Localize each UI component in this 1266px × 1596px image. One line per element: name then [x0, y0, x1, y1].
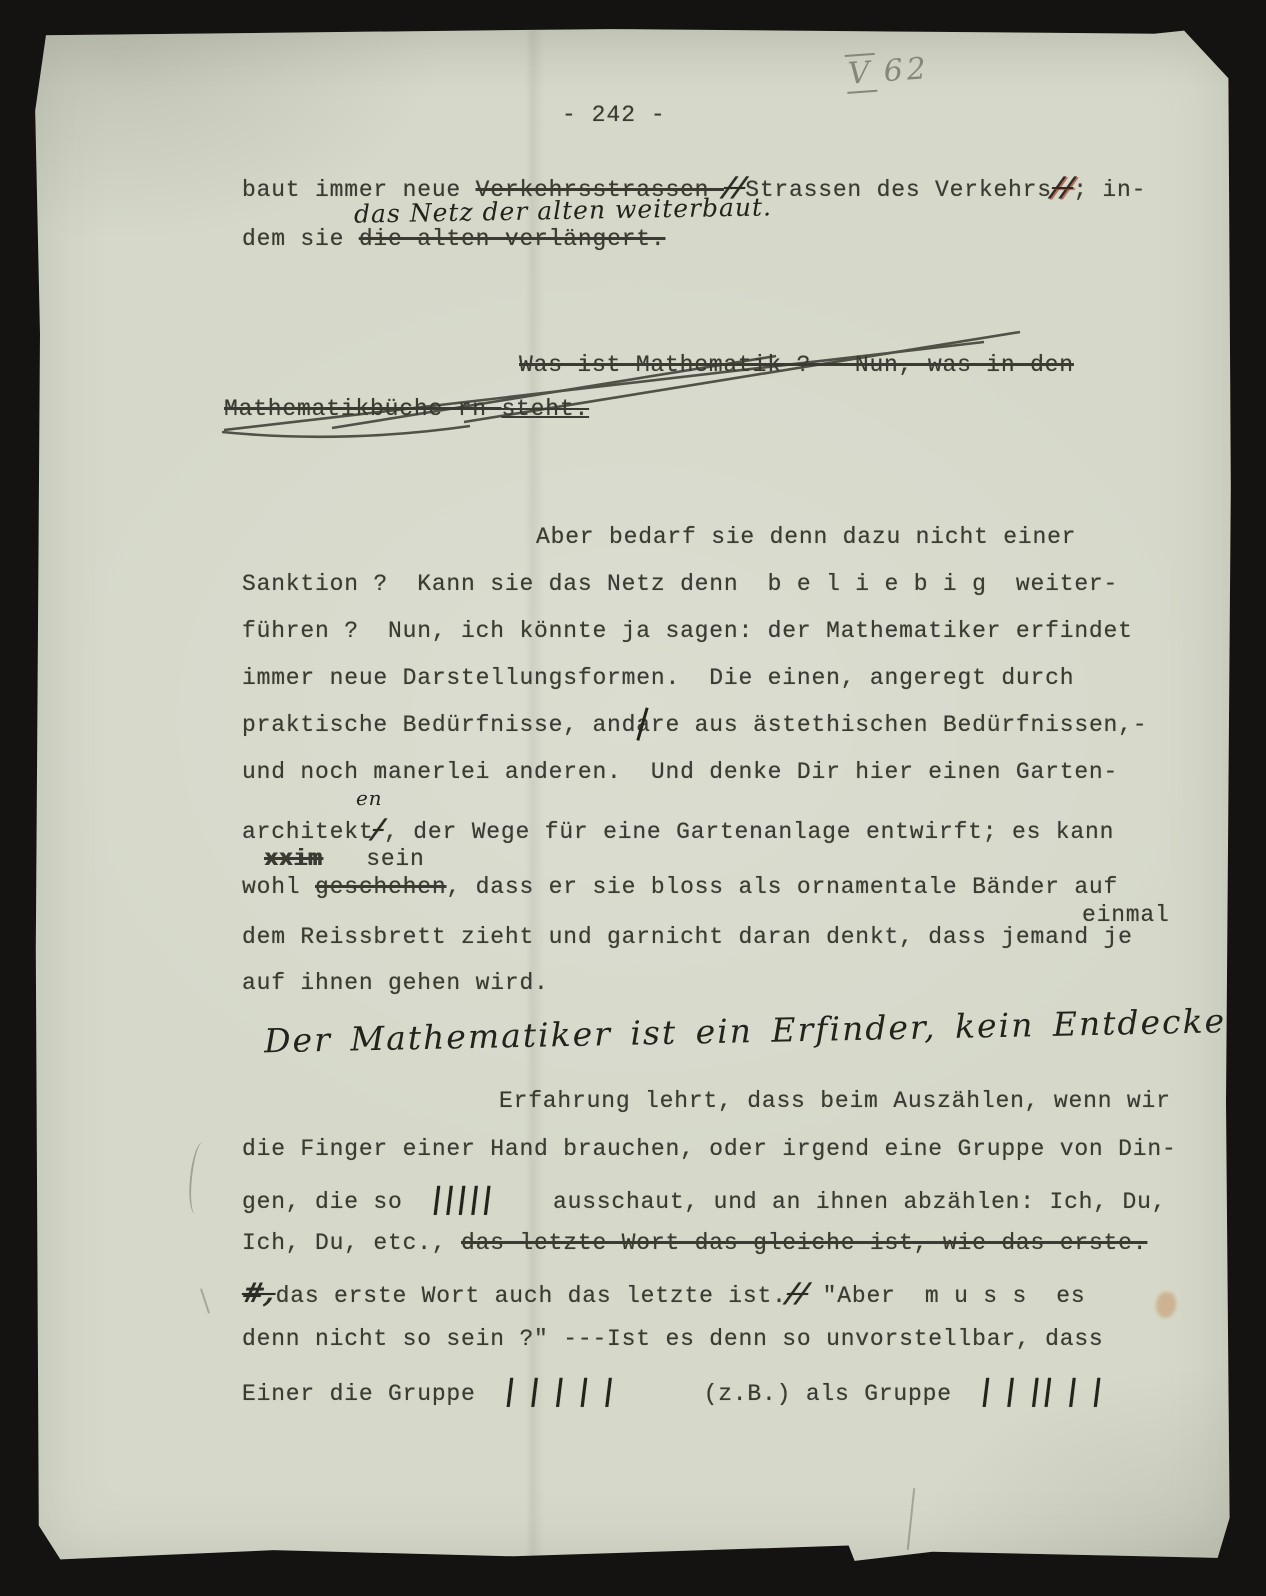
text-segment-plain: dem Reissbrett zieht und garnicht daran … [242, 924, 1133, 950]
text-line-l3: dem sie die alten verlängert. [242, 226, 665, 252]
text-segment-strike-underline: steht. [501, 396, 589, 422]
text-line-l18: Der Mathematiker ist ein Erfinder, kein … [264, 1001, 1253, 1061]
manuscript-page: V62 - 242 - baut immer neue Verkehrsstra… [34, 26, 1232, 1564]
underline-stroke [222, 426, 470, 437]
text-segment-plain: Strassen des Verkehrs [745, 177, 1052, 203]
text-segment-plain: ; in- [1073, 177, 1146, 203]
paper-tear [907, 1488, 915, 1550]
text-line-l14: wohl geschehen, dass er sie bloss als or… [242, 874, 1118, 900]
text-segment-plain: Der Mathematiker ist ein Erfinder, kein … [264, 1001, 1253, 1061]
text-segment-plain: Sanktion ? Kann sie das Netz denn b e l … [242, 571, 1118, 597]
page-number: - 242 - [562, 102, 666, 128]
text-segment-tally: ||||| [430, 1181, 497, 1215]
text-segment-plain: (z.B.) als Gruppe [616, 1381, 981, 1407]
scanned-document-screenshot: { "page": { "archive_mark": { "roman": "… [0, 0, 1266, 1596]
text-segment-plain: gen, die so [242, 1189, 432, 1215]
text-segment-plain: sein [322, 846, 424, 872]
text-line-l6: Aber bedarf sie denn dazu nicht einer [536, 524, 1076, 550]
text-line-l9: immer neue Darstellungsformen. Die einen… [242, 665, 1074, 691]
text-line-l16: dem Reissbrett zieht und garnicht daran … [242, 924, 1133, 950]
text-segment-plain: dem sie [242, 226, 359, 252]
text-segment-plain: ausschaut, und an ihnen abzählen: Ich, D… [495, 1189, 1167, 1215]
text-segment-strike: Was ist Mathematik ?- Nun, was in den [519, 352, 1074, 378]
text-segment-plain: Erfahrung lehrt, dass beim Auszählen, we… [499, 1088, 1171, 1114]
text-line-l25: Einer die Gruppe | | | | | (z.B.) als Gr… [242, 1373, 1105, 1407]
text-segment-plain: wohl [242, 874, 315, 900]
text-segment-plain: auf ihnen gehen wird. [242, 970, 549, 996]
text-segment-strike: Mathematikbüche rn [224, 396, 501, 422]
margin-pencil-mark [186, 1141, 211, 1214]
text-segment-plain: das Netz der alten weiterbaut. [354, 192, 772, 228]
text-line-l22: Ich, Du, etc., das letzte Wort das gleic… [242, 1230, 1147, 1256]
text-segment-strike: geschehen [315, 874, 446, 900]
text-line-l12en: en [356, 786, 382, 810]
archive-mark-pencil: V62 [845, 51, 931, 92]
finger-smudge [1156, 1292, 1176, 1318]
text-segment-plain: en [356, 786, 382, 810]
text-line-l17: auf ihnen gehen wird. [242, 970, 549, 996]
margin-pencil-tick [200, 1288, 210, 1313]
text-segment-plain: praktische Bedürfnisse, and [242, 712, 636, 738]
text-segment-plain: "Aber m u s s es [808, 1283, 1085, 1309]
text-line-l2: das Netz der alten weiterbaut. [354, 192, 772, 228]
text-segment-handmark: #, [239, 1278, 279, 1309]
text-segment-plain: architekt [242, 819, 373, 845]
text-line-l11: und noch manerlei anderen. Und denke Dir… [242, 759, 1118, 785]
text-line-l8: führen ? Nun, ich könnte ja sagen: der M… [242, 618, 1133, 644]
text-segment-plain: Einer die Gruppe [242, 1381, 505, 1407]
text-segment-slashed: a [636, 712, 651, 738]
text-line-l10: praktische Bedürfnisse, andare aus ästet… [242, 712, 1147, 738]
text-line-l24: denn nicht so sein ?" ---Ist es denn so … [242, 1326, 1104, 1352]
text-line-l21: gen, die so ||||| ausschaut, und an ihne… [242, 1181, 1166, 1215]
text-line-l20: die Finger einer Hand brauchen, oder irg… [242, 1136, 1177, 1162]
text-line-l5: Mathematikbüche rn steht. [224, 396, 589, 422]
text-segment-plain: , dass er sie bloss als ornamentale Bänd… [446, 874, 1118, 900]
text-segment-plain: re aus ästethischen Bedürfnissen,- [651, 712, 1147, 738]
text-line-l19: Erfahrung lehrt, dass beim Auszählen, we… [499, 1088, 1171, 1114]
text-line-l13: xxim sein [264, 846, 425, 872]
text-segment-plain: immer neue Darstellungsformen. Die einen… [242, 665, 1074, 691]
text-segment-plain: Aber bedarf sie denn dazu nicht einer [536, 524, 1076, 550]
text-segment-plain: führen ? Nun, ich könnte ja sagen: der M… [242, 618, 1133, 644]
roman-numeral: V [845, 53, 877, 94]
text-segment-tally: | | | | | [503, 1373, 618, 1407]
text-segment-plain: das erste Wort auch das letzte ist. [276, 1283, 787, 1309]
text-line-l12: architekt/, der Wege für eine Gartenanla… [242, 814, 1114, 845]
text-segment-plain: denn nicht so sein ?" ---Ist es denn so … [242, 1326, 1104, 1352]
text-segment-strike: die alten verlängert. [359, 226, 666, 252]
text-segment-plain: , der Wege für eine Gartenanlage entwirf… [384, 819, 1114, 845]
text-line-l4: Was ist Mathematik ?- Nun, was in den [519, 352, 1074, 378]
text-segment-tally: | | || | | [979, 1373, 1107, 1407]
text-segment-plain: die Finger einer Hand brauchen, oder irg… [242, 1136, 1177, 1162]
text-line-l7: Sanktion ? Kann sie das Netz denn b e l … [242, 571, 1118, 597]
text-segment-plain: und noch manerlei anderen. Und denke Dir… [242, 759, 1118, 785]
text-line-l23: #,das erste Wort auch das letzte ist.// … [242, 1278, 1086, 1309]
text-segment-strike: das letzte Wort das gleiche ist, wie das… [461, 1230, 1147, 1256]
text-segment-boldstrike: xxim [264, 846, 322, 872]
archive-number: 62 [882, 51, 931, 89]
text-segment-plain: Ich, Du, etc., [242, 1230, 461, 1256]
